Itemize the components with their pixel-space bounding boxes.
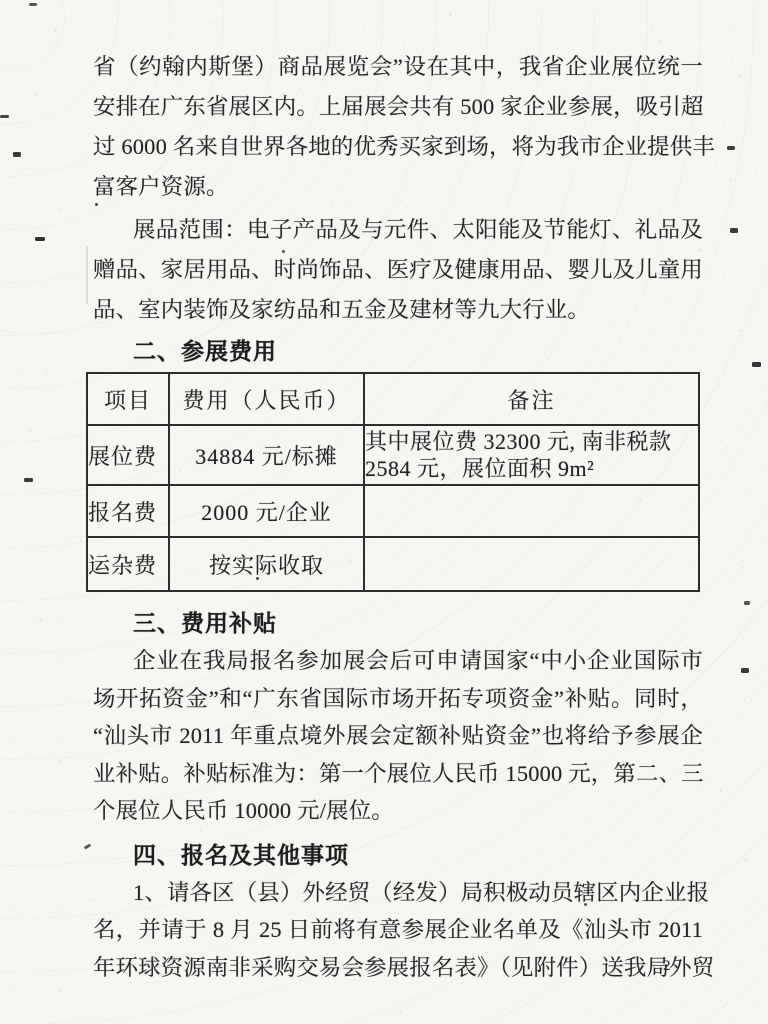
cell-remark: 其中展位费 32300 元, 南非税款 2584 元，展位面积 9m² [364,425,699,485]
fee-table-header-remark: 备注 [364,373,699,425]
text-line: 省（约翰内斯堡）商品展览会”设在其中，我省企业展位统一 [93,47,703,87]
text-line: 场开拓资金”和“广东省国际市场开拓专项资金”补贴。同时， [93,680,703,718]
text-line: 赠品、家居用品、时尚饰品、医疗及健康用品、婴儿及儿童用 [93,250,703,290]
fee-table: 项目 费用（人民币） 备注 展位费 34884 元/标摊 其中展位费 32300… [86,372,700,592]
scan-speck [752,362,761,367]
fee-table-header-fee: 费用（人民币） [169,373,364,425]
text-line: 安排在广东省展区内。上届展会共有 500 家企业参展，吸引超 [93,87,703,127]
paragraph-subsidy: 企业在我局报名参加展会后可申请国家“中小企业国际市 场开拓资金”和“广东省国际市… [93,642,703,830]
text-line: 品、室内装饰及家纺品和五金及建材等九大行业。 [93,290,703,330]
scan-speck [730,228,738,233]
cell-item: 报名费 [87,485,169,537]
text-line: 名，并请于 8 月 25 日前将有意参展企业名单及《汕头市 2011 [93,911,703,949]
cell-fee: 按实际收取 [169,537,364,591]
scan-speck [24,478,33,482]
page-number: 2 [663,958,671,975]
section-heading-fees: 二、参展费用 [93,334,703,368]
cell-remark [364,537,699,591]
scan-speck [744,601,750,605]
scan-speck [84,843,92,849]
text-line: 业补贴。补贴标准为：第一个展位人民币 15000 元，第二、三 [93,755,703,793]
fee-table-header-row: 项目 费用（人民币） 备注 [87,373,699,425]
text-line: 年环球资源南非采购交易会参展报名表》（见附件）送我局外贸 [93,949,703,987]
text-line: 企业在我局报名参加展会后可申请国家“中小企业国际市 [93,642,703,680]
document-body: 省（约翰内斯堡）商品展览会”设在其中，我省企业展位统一 安排在广东省展区内。上届… [93,0,703,986]
paragraph-exhibit-scope: 展品范围：电子产品及与元件、太阳能及节能灯、礼品及 赠品、家居用品、时尚饰品、医… [93,210,703,330]
text-line: “汕头市 2011 年重点境外展会定额补贴资金”也将给予参展企 [93,717,703,755]
table-row-booth-fee: 展位费 34884 元/标摊 其中展位费 32300 元, 南非税款 2584 … [87,425,699,485]
text-line: 富客户资源。 [93,167,703,207]
scan-speck [86,246,88,304]
paragraph-exhibition-intro: 省（约翰内斯堡）商品展览会”设在其中，我省企业展位统一 安排在广东省展区内。上届… [93,47,703,207]
section-heading-registration: 四、报名及其他事项 [93,838,703,872]
scan-speck [727,146,735,150]
table-row-freight-fee: 运杂费 按实际收取 [87,537,699,591]
scan-speck [35,237,45,241]
section-heading-subsidy: 三、费用补贴 [93,606,703,640]
scan-speck [29,3,37,6]
scan-speck [741,668,749,673]
cell-remark [364,485,699,537]
scan-speck [13,152,21,157]
scan-noise-texture [0,0,1,1]
text-line: 过 6000 名来自世界各地的优秀买家到场，将为我市企业提供丰 [93,127,703,167]
paragraph-registration: 1、请各区（县）外经贸（经发）局积极动员辖区内企业报 名，并请于 8 月 25 … [93,874,703,987]
cell-fee: 2000 元/企业 [169,485,364,537]
scan-speck [0,115,9,118]
text-line: 1、请各区（县）外经贸（经发）局积极动员辖区内企业报 [93,874,703,912]
text-line: 个展位人民币 10000 元/展位。 [93,792,703,830]
cell-item: 展位费 [87,425,169,485]
cell-item: 运杂费 [87,537,169,591]
scanned-document-page: 省（约翰内斯堡）商品展览会”设在其中，我省企业展位统一 安排在广东省展区内。上届… [0,0,768,1024]
cell-fee: 34884 元/标摊 [169,425,364,485]
text-line: 展品范围：电子产品及与元件、太阳能及节能灯、礼品及 [93,210,703,250]
table-row-registration-fee: 报名费 2000 元/企业 [87,485,699,537]
fee-table-header-item: 项目 [87,373,169,425]
